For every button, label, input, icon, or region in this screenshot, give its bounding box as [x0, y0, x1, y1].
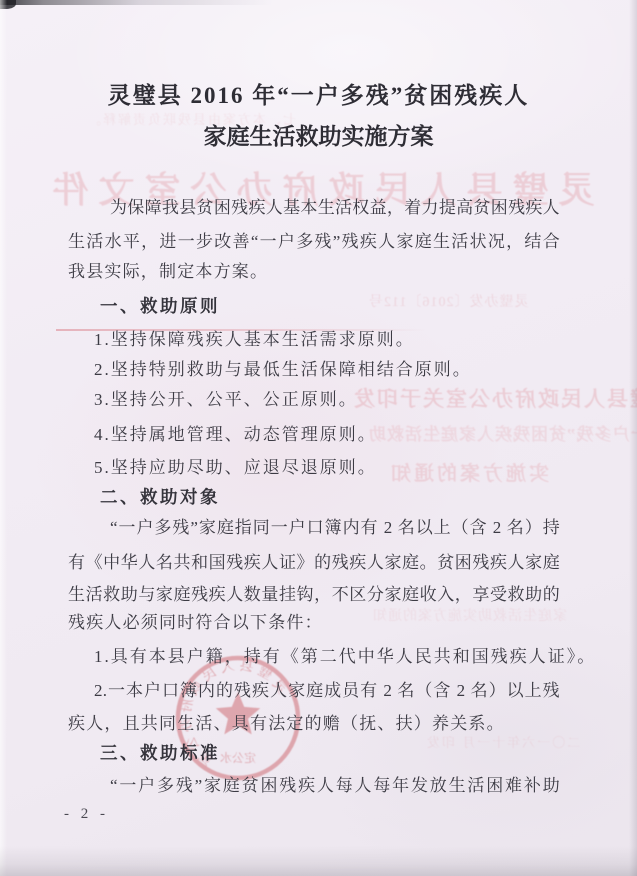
list-item: 3.坚持公开、公平、公正原则。	[68, 387, 560, 413]
list-item: 1.坚持保障残疾人基本生活需求原则。	[68, 327, 560, 353]
list-item: 1.具有本县户籍，持有《第二代中华人民共和国残疾人证》。	[68, 644, 560, 670]
body-line: 疾人，且共同生活、具有法定的赡（抚、扶）养关系。	[68, 711, 560, 737]
section-heading: 一、救助原则	[68, 293, 560, 319]
scan-left-edge	[0, 0, 7, 876]
scan-bottom-shadow	[0, 846, 637, 876]
scan-top-edge-mark	[0, 0, 310, 5]
page-number: - 2 -	[64, 806, 109, 823]
scan-right-edge	[629, 0, 637, 876]
body-line: “一户多残”家庭贫困残疾人每人每年发放生活困难补助	[68, 773, 560, 799]
list-item: 5.坚持应助尽助、应退尽退原则。	[68, 455, 560, 481]
list-item: 2.坚持特别救助与最低生活保障相结合原则。	[68, 357, 560, 383]
list-item: 2.一本户口簿内的残疾人家庭成员有 2 名（含 2 名）以上残	[68, 678, 560, 704]
body-line: 为保障我县贫困残疾人基本生活权益，着力提高贫困残疾人	[68, 195, 560, 221]
doc-title-line-2: 家庭生活救助实施方案	[0, 121, 637, 153]
body-line: 生活水平，进一步改善“一户多残”残疾人家庭生活状况，结合	[68, 229, 560, 255]
document-page: 灵璧县人民政府办公室 定公水 - 2 - 灵璧县 2016 年“一户多残”贫困残…	[0, 0, 637, 876]
body-line: 我县实际，制定本方案。	[68, 259, 560, 285]
body-line: 残疾人必须同时符合以下条件：	[68, 610, 560, 636]
list-item: 4.坚持属地管理、动态管理原则。	[68, 422, 560, 448]
section-heading: 二、救助对象	[68, 484, 560, 510]
body-line: 生活救助与家庭残疾人数量挂钩，不区分家庭收入，享受救助的	[68, 582, 560, 608]
doc-title-line-1: 灵璧县 2016 年“一户多残”贫困残疾人	[0, 80, 637, 112]
body-line: 有《中华人名共和国残疾人证》的残疾人家庭。贫困残疾人家庭	[68, 550, 560, 576]
section-heading: 三、救助标准	[68, 740, 560, 766]
body-line: “一户多残”家庭指同一户口簿内有 2 名以上（含 2 名）持	[68, 515, 560, 541]
